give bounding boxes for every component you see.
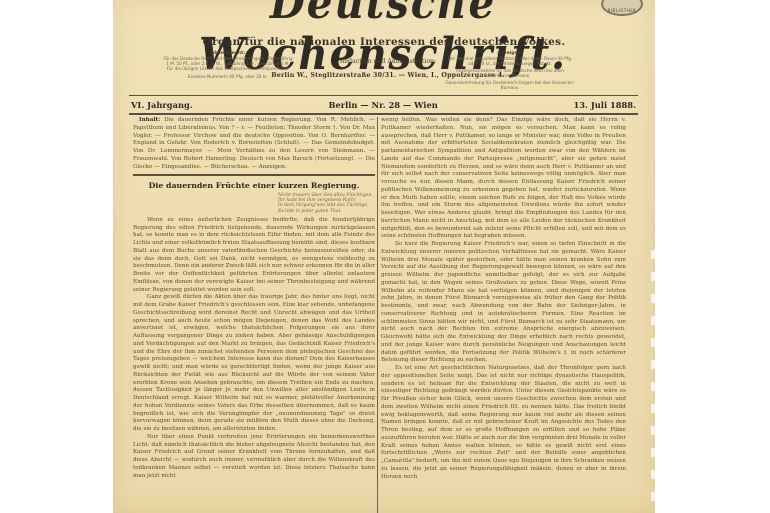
issue-date: 13. Juli 1888.	[574, 100, 636, 110]
advertising-text: Die zweimal gespaltene Petitzeile oder d…	[445, 56, 575, 66]
epigraph-line: In dem Vergang'nen lebt das Tüchtige,	[278, 203, 375, 208]
masthead-title: Deutsche Wochenschrift.	[190, 0, 576, 28]
header-rule-bottom	[129, 113, 638, 115]
article-headline: Die dauernden Früchte einer kurzen Regie…	[133, 182, 375, 190]
article-epigraph: Nicht trauern über den allzu Flüchtigen,…	[278, 193, 375, 214]
advertising-line-2: Anzeigenannahme für das Deutsche Reich b…	[445, 68, 575, 78]
table-of-contents: Inhalt: Die dauernden Früchte einer kurz…	[133, 117, 375, 171]
stamp-text: BIBLIOTHEK	[607, 8, 637, 13]
advertising-line-3: Generalvertretung für Oesterreich-Ungarn…	[445, 80, 575, 90]
contents-label: Inhalt:	[139, 117, 160, 123]
newspaper-page: Deutsche Wochenschrift. BIBLIOTHEK Organ…	[113, 0, 655, 513]
subscription-text: Für das Deutsche Reich und Oesterreich-U…	[163, 56, 293, 71]
article-paragraph: Es ist eine Art geschichtlichen Naturges…	[381, 365, 626, 481]
column-left: Inhalt: Die dauernden Früchte einer kurz…	[133, 117, 375, 513]
article-paragraph: wenig helfen. Was wollen sie denn? Das E…	[381, 117, 626, 241]
article-paragraph: Nur über einen Punkt verbreiten jene Erö…	[133, 434, 375, 481]
volume-label: VI. Jahrgang.	[131, 100, 193, 110]
contents-rule	[133, 174, 375, 176]
issue-number: Berlin — Nr. 28 — Wien	[328, 100, 437, 110]
advertising-box: Anzeigen: Die zweimal gespaltene Petitze…	[445, 51, 575, 90]
issue-info-bar: VI. Jahrgang. Berlin — Nr. 28 — Wien 13.…	[131, 98, 636, 112]
article-paragraph: Wenn es eines äußerlichen Zeugnisses bed…	[133, 217, 375, 295]
column-right: wenig helfen. Was wollen sie denn? Das E…	[381, 117, 626, 513]
header-rule-top	[129, 95, 638, 96]
epigraph-line: Es lebt in jeder guten That.	[278, 209, 375, 214]
article-paragraph: So kurz die Regierung Kaiser Friedrich's…	[381, 241, 626, 365]
column-divider	[377, 117, 378, 513]
article-paragraph: Ganz gewiß dürfen die Akten über das tra…	[133, 294, 375, 434]
contents-text: Die dauernden Früchte einer kurzen Regie…	[133, 117, 375, 170]
library-stamp-icon: BIBLIOTHEK	[601, 0, 643, 16]
masthead-subtitle: Organ für die nationalen Interessen des …	[113, 36, 655, 48]
